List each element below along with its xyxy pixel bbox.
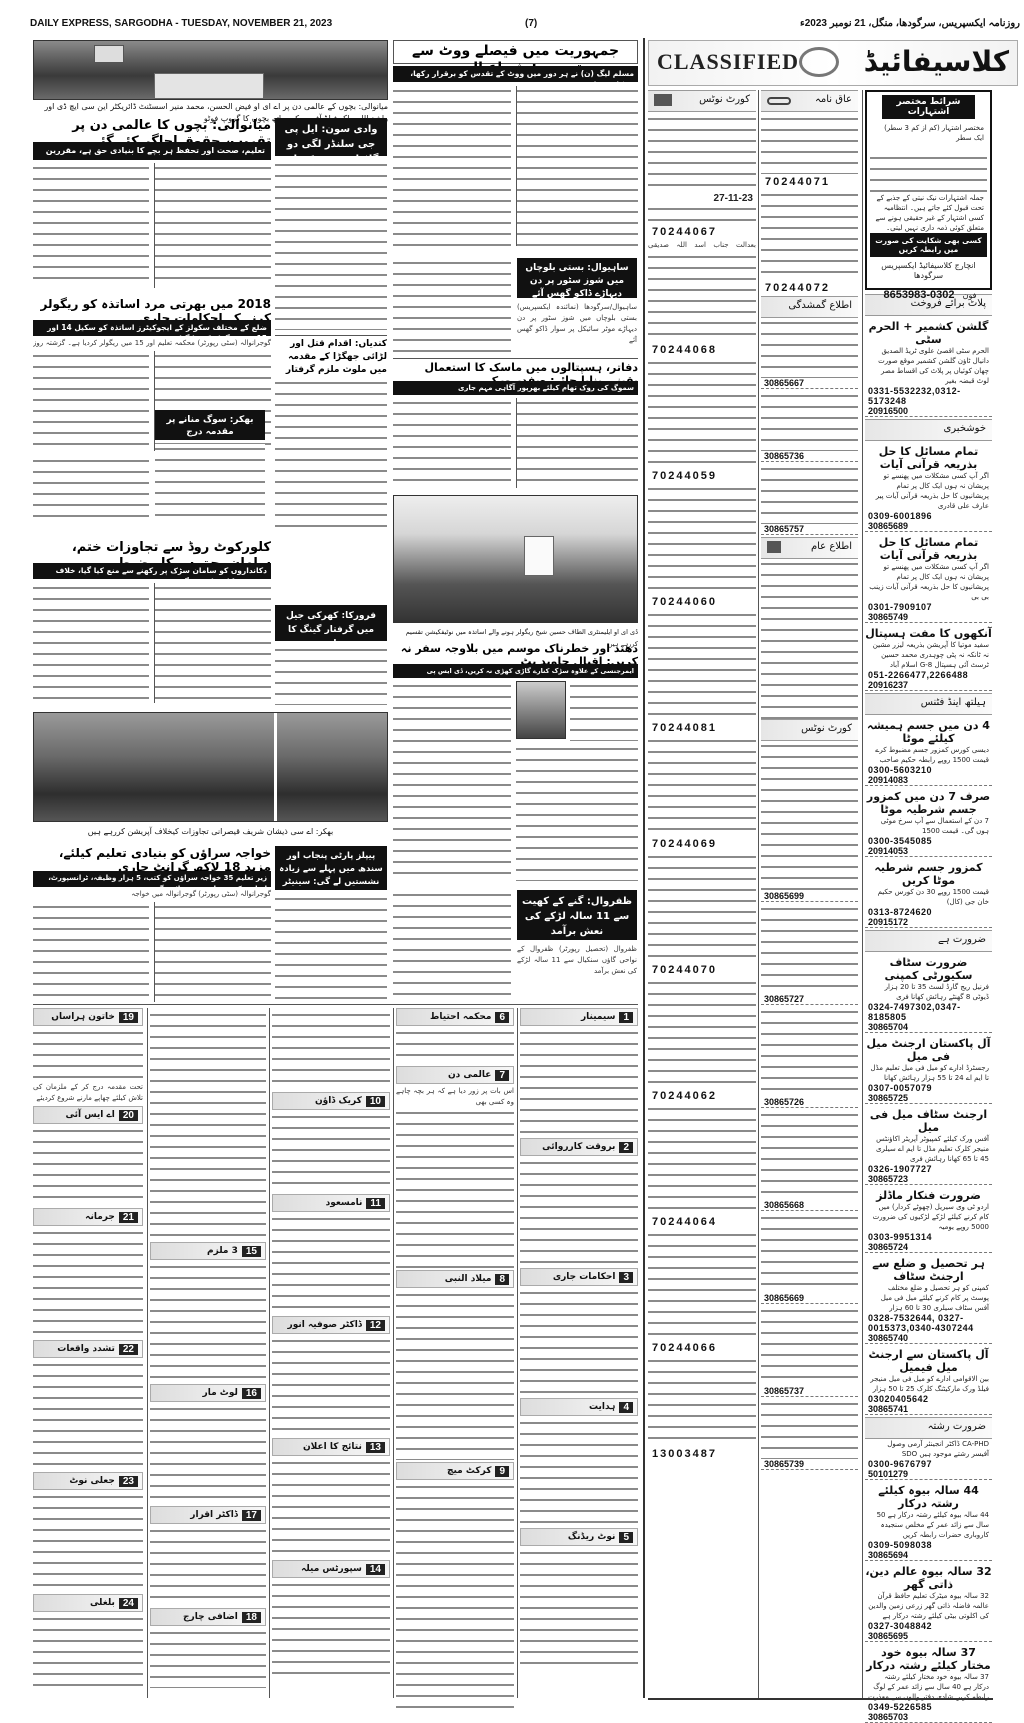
brief-header-3: 3احکامات جاری [520,1268,638,1286]
column-rule [147,1008,148,1698]
notice-body [648,252,756,342]
story-fog-headline: دھند اور خطرناک موسم میں بلاوجہ سفر نہ ک… [393,642,638,662]
brief-header-22: 22تشدد واقعات [33,1340,143,1358]
story-fog-subhead: ایمرجنسی کے علاوہ سڑک کنارے گاڑی کھڑی نہ… [393,664,638,678]
ad-code: 30865668 [761,1200,858,1211]
notice-code: 70244069 [648,836,756,852]
notice-body [648,852,756,962]
briefs-column-3: 10کریک ڈاؤن 11نامسعود 12ڈاکٹر صوفیہ انور… [272,1008,390,1698]
ad-phone: 0326-1907727 [865,1164,992,1174]
notice-code: 70244062 [648,1088,756,1104]
ad-code: 30865667 [761,378,858,389]
classified-banner: CLASSIFIED کلاسیفائیڈ [648,40,1018,86]
marriage-proposals-header: ضرورت رشتہ [865,1417,992,1439]
story-transgender-education-headline: خواجہ سراؤں کو بنیادی تعلیم کیلئے، مزید … [33,846,271,868]
notice-code: 13003487 [648,1446,756,1462]
ad-phone: 0324-7497302,0347-8185805 [865,1002,992,1022]
notice-code: 70244070 [648,962,756,978]
sidebar-bhakkar-body [155,444,265,520]
chain-icon [767,97,791,105]
ad-phone: 0327-3048842 [865,1621,992,1631]
notice-code: 70244068 [648,342,756,358]
classified-title-english: CLASSIFIED [657,49,799,75]
notice-body [648,1230,756,1340]
notice-body [648,358,756,468]
notice-body [648,736,756,836]
story-mianwali-body-col2 [154,163,271,288]
story-transgender-body-col2 [154,902,271,1002]
sidebar-kandiyan-headline: کندیاں: اقدام قتل اور لڑائی جھگڑا کے مقد… [275,335,387,375]
briefs-column-4: 6محکمہ احتیاط 7عالمی دن اس بات پر زور دی… [396,1008,514,1698]
sidebar-wadi-soon-headline: وادی سون: ایل پی جی سلنڈر لگی دو گاڑیاں … [275,118,387,156]
notice-code: 70244067 [648,224,756,240]
brief-body-16 [150,1404,266,1504]
story-zafarwal-headline: ظفروال: گنے کے کھیت سے 11 سالہ لڑکے کی ن… [517,890,637,940]
briefs-column-2: 153 ملزم 16لوٹ مار 17ڈاکٹر اقرار 18اضافی… [150,1008,266,1698]
brief-body-2 [520,1158,638,1266]
ad-code: 30865694 [865,1550,992,1561]
brief-header-21: 21جرمانہ [33,1208,143,1226]
good-news-header: خوشخبری [865,419,992,441]
notice-body [761,1007,858,1097]
ad-body: آفس ورک کیلئے کمپیوٹر آپریٹر اکاؤنٹس منی… [865,1134,992,1164]
brief-header-15: 153 ملزم [150,1242,266,1260]
briefs-column-5: 1سیمینار 2بروقت کارروائی 3احکامات جاری 4… [520,1008,638,1698]
ad-title: 4 دن میں جسم ہمیشہ کیلئے موٹا [865,719,992,745]
ad-code: 30865669 [761,1293,858,1304]
story-regularize-headline: 2018 میں بھرتی مرد اساتذہ کو ریگولر کرنے… [33,297,271,317]
wanted-header: ضرورت ہے [865,930,992,952]
story-transgender-education-byline: گوجرانوالہ (سٹی رپورٹر) گوجرانوالہ میں خ… [33,889,271,900]
story-misc-body [33,456,149,521]
brief-header-20: 20اے ایس آئی [33,1106,143,1124]
brief-header-6: 6محکمہ احتیاط [396,1008,514,1026]
group-photo-students [33,40,388,100]
ad-code: 30865741 [865,1404,992,1415]
ad-code: 30865699 [761,891,858,902]
megaphone-icon [767,541,781,553]
ad-title: تمام مسائل کا حل بذریعہ قرآنی آیات [865,445,992,471]
ad-body: 7 دن کے استعمال سے آپ سرخ موٹی ہوں گی۔ ق… [865,816,992,836]
missing-notice-header: اطلاع گمشدگی [761,296,858,318]
brief-body-22 [33,1360,143,1470]
sidebar-kandiyan-body [275,378,387,528]
brief-header-1: 1سیمینار [520,1008,638,1026]
notice-body [761,1110,858,1200]
masthead-english: DAILY EXPRESS, SARGODHA - TUESDAY, NOVEM… [30,18,332,29]
sidebar-bhakkar-headline: بھکر: سوگ منانے پر مقدمہ درج [155,410,265,440]
ad-body: سفید موتیا کا آپریشن بذریعہ لیزر مشین نہ… [865,640,992,670]
lead-democracy-subhead: مسلم لیگ (ن) نے ہر دور میں ووٹ کے تقدس ک… [393,66,638,82]
brief-header-4: 4ہدایت [520,1398,638,1416]
ad-phone: 0301-7909107 [865,602,992,612]
brief-body-7: اس بات پر زور دیا ہے کہ ہر بچہ چاہے وہ ک… [396,1086,514,1106]
ad-code: 50101279 [865,1469,992,1480]
ad-code: 30865737 [761,1386,858,1397]
brief-header-18: 18اضافی چارج [150,1608,266,1626]
ad-code: 30865723 [865,1174,992,1185]
briefs-divider [33,1004,638,1005]
notice-body [648,978,756,1088]
story-transgender-body-col1 [33,902,149,1002]
brief-body-13 [272,1458,390,1558]
ad-code: 30865703 [865,1712,992,1723]
notice-body [648,1356,756,1446]
notice-code: 70244066 [648,1340,756,1356]
brief-header-16: 16لوٹ مار [150,1384,266,1402]
incharge-label: انچارج کلاسیفائیڈ ایکسپریس سرگودھا [870,261,987,281]
story-sahiwal-byline: ساہیوال/سرگودھا (نمائندہ ایکسپریس) بستی … [517,302,637,348]
page-number: (7) [525,18,537,29]
section-rule [643,38,645,1698]
ad-body: فرنیل ریج گارڈ لسٹ 35 تا 20 ہزار ڈیوٹی 8… [865,982,992,1002]
ad-code: 30865704 [865,1022,992,1033]
rules-body [870,153,987,193]
ad-title: ضرورت سٹاف سکیورٹی کمپنی [865,956,992,982]
ad-code: 20916500 [865,406,992,417]
ad-body: کمپنی کو ہر تحصیل و ضلع مختلف پوسٹ پر کا… [865,1283,992,1313]
page-masthead: DAILY EXPRESS, SARGODHA - TUESDAY, NOVEM… [30,18,1020,34]
ad-code: 30865757 [761,524,858,535]
ad-phone: 051-2266477,2266488 [865,670,992,680]
brief-header-24: 24بلغلی [33,1594,143,1612]
notice-code: 70244064 [648,1214,756,1230]
ad-body: دیسی کورس کمزور جسم مضبوط کرے قیمت 1500 … [865,745,992,765]
column-rule [269,1008,270,1698]
brief-header-5: 5نوٹ ریڈنگ [520,1528,638,1546]
ad-title: 32 سالہ بیوہ عالم دین، ذاتی گھر [865,1565,992,1591]
brief-body-20 [33,1126,143,1206]
ad-code: 30865689 [865,521,992,532]
brief-body-1 [520,1028,638,1136]
notice-body [648,204,756,224]
story-kalurkot-headline: کلورکوٹ روڈ سے تجاوزات ختم، سامان بحق سر… [33,540,271,560]
brief-body-17 [150,1526,266,1606]
brief-body-10 [272,1112,390,1192]
notice-body [761,318,858,378]
ad-code: 30865740 [865,1333,992,1344]
classified-column-ads: شرائط مختصر اشتہارات مختصر اشتہار (کم از… [862,90,992,1700]
brief-header-7: 7عالمی دن [396,1066,514,1084]
notice-body [761,1306,858,1386]
story-zafarwal-byline: ظفروال (تحصیل رپورٹر) ظفروال کے نواحی گا… [517,944,637,1002]
photo-divider [274,713,277,822]
story-mask-usage-body-col1 [393,398,511,488]
bottom-photo-caption: بھکر: اے سی ذیشان شریف قیصرانی تجاوزات ک… [33,826,388,840]
rules-title: شرائط مختصر اشتہارات [882,95,975,119]
ad-body: CA-PHD ڈاکٹر انجینئر آرمی وصول آفیسر رشت… [865,1439,992,1459]
story-mianwali-headline: میانوالی: بچوں کا عالمی دن پر تقریب، حقو… [33,118,271,140]
brief-body-14 [272,1580,390,1680]
dsp-portrait-photo [516,681,566,739]
notice-code: 70244060 [648,594,756,610]
sidebar-ppp-body [275,894,387,1002]
notice-body [761,464,858,524]
classified-bottom-rule [648,1698,993,1700]
center-photo-caption: ڈی ای او ایلیمنٹری الطاف حسین شیخ ریگولر… [393,626,638,638]
story-kalurkot-subhead: دکانداروں کو سامان سڑک پر رکھنے سے منع ک… [33,563,271,579]
brief-header-14: 14سپورٹس میلہ [272,1560,390,1578]
lead-democracy-body-col2 [516,86,638,246]
notice-body [761,559,858,719]
ad-code: 30865724 [865,1242,992,1253]
ad-code: 30865725 [865,1093,992,1104]
magnifier-icon [799,47,839,77]
notice-body [761,190,858,280]
notification-handover-photo [393,495,638,623]
notice-body [761,741,858,891]
rules-box: شرائط مختصر اشتہارات مختصر اشتہار (کم از… [865,90,992,290]
story-misc-center-body-2 [393,890,511,1002]
story-regularize-body-col1 [33,351,149,451]
brief-body-12 [272,1336,390,1436]
ad-phone: 0328-7532644, 0327-0015373,0340-4307244 [865,1313,992,1333]
health-fitness-header: ہیلتھ اینڈ فٹنس [865,693,992,715]
brief-body-4 [520,1418,638,1526]
ad-phone: 03020405642 [865,1394,992,1404]
sidebar-wadi-soon-body [275,160,387,330]
ad-phone: 0331-5532232,0312-5173248 [865,386,992,406]
ad-phone: 0307-0057079 [865,1083,992,1093]
notice-body [648,484,756,594]
brief-body-11 [272,1214,390,1314]
hearing-date: 27-11-23 [648,194,756,204]
ad-body: قیمت 1500 روپے 30 دن کورس حکیم خان جی (ک… [865,887,992,907]
notice-code: 70244059 [648,468,756,484]
story-sahiwal-headline: ساہیوال: بستی بلوچاں میں شوز سٹور پر دن … [517,258,637,298]
court-notice-header: کورٹ نوٹس [648,90,756,112]
brief-header-23: 23جعلی نوٹ [33,1472,143,1490]
ad-code: 30865739 [761,1459,858,1470]
ad-body: اگر آپ کسی مشکلات میں پھنسے تو پریشان نہ… [865,471,992,511]
classified-column-notices: عاق نامہ 70244071 70244072 اطلاع گمشدگی … [758,90,858,1700]
ad-title: گلشن کشمیر + الحرم سٹی [865,320,992,346]
ad-phone: 0300-9676797 [865,1459,992,1469]
ad-code: 30865749 [865,612,992,623]
brief-body-24 [33,1614,143,1694]
brief-header-12: 12ڈاکٹر صوفیہ انور [272,1316,390,1334]
ad-body: الحرم سٹی اقصیٰ علوی ٹریڈ الصدیق دانیال … [865,346,992,386]
ad-code: 30865726 [761,1097,858,1108]
notice-intro: بعدالت جناب اسد اللہ صدیقی صاحب سینئر سو… [648,240,756,252]
ad-title: آل پاکستان ارجنٹ میل فی میل [865,1037,992,1063]
ad-title: صرف 7 دن میں کمزور جسم شرطیہ موٹا [865,790,992,816]
brief-body-7b [396,1108,514,1268]
sidebar-jail-headline: فرورکا: کھرکی جیل میں گرفتار گینگ کا خات… [275,605,387,641]
ad-title: آنکھوں کا مفت ہسپتال [865,627,992,640]
ad-phone: 0303-9951314 [865,1232,992,1242]
notice-body [761,1399,858,1459]
brief-body-19 [33,1028,143,1080]
ad-title: آل پاکستان سے ارجنٹ میل فیمیل [865,1348,992,1374]
brief-header-17: 17ڈاکٹر اقرار [150,1506,266,1524]
notice-body [761,114,858,174]
story-mask-usage-body-col2 [516,398,638,488]
ad-title: ضرورت فنکار ماڈلز [865,1189,992,1202]
ad-title: 37 سالہ بیوہ خود مختار کیلئے رشتہ درکار [865,1646,992,1672]
ad-phone: 0309-6001896 [865,511,992,521]
ad-title: 44 سالہ بیوہ کیلئے رشتہ درکار [865,1484,992,1510]
ad-body: 44 سالہ بیوہ کیلئے رشتہ درکار ہے 50 سال … [865,1510,992,1540]
ad-title: تمام مسائل کا حل بذریعہ قرآنی آیات [865,536,992,562]
ad-code: 30865695 [865,1631,992,1642]
ad-body: بین الاقوامی ادارے کو میل فی میل منیجر ف… [865,1374,992,1394]
ad-code: 30865727 [761,994,858,1005]
ad-code: 20916237 [865,680,992,691]
brief-body-5 [520,1548,638,1668]
disinherit-header: عاق نامہ [761,90,858,112]
ad-phone: 0300-3545085 [865,836,992,846]
column-rule [517,1008,518,1698]
ad-code: 30865736 [761,451,858,462]
story-kalurkot-body-col2 [154,583,271,703]
story-mask-usage-headline: دفاتر، ہسپتالوں میں ماسک کا استعمال یقین… [393,358,638,378]
notice-code: 70244081 [648,720,756,736]
general-notice-header: اطلاع عام [761,537,858,559]
brief-body-misc [272,1010,390,1090]
brief-body-3 [520,1288,638,1396]
brief-header-11: 11نامسعود [272,1194,390,1212]
story-mianwali-subhead: تعلیم، صحت اور تحفظ ہر بچے کا بنیادی حق … [33,142,271,160]
notice-body [761,391,858,451]
story-fog-body-col2 [570,681,638,741]
notice-body [648,1104,756,1214]
lead-democracy-headline: جمہوریت میں فیصلے ووٹ سے ہوتے ہیں: شجاع … [393,40,638,64]
ad-body: اردو ٹی وی سیریل (چھوٹے کردار) میں کام ک… [865,1202,992,1232]
brief-header-13: 13نتائج کا اعلان [272,1438,390,1456]
top-photo-caption: میانوالی: بچوں کے عالمی دن پر اے ای او ف… [33,101,388,115]
ad-phone: 0309-5098038 [865,1540,992,1550]
notice-body [648,114,756,194]
ad-phone: 0313-8724620 [865,907,992,917]
story-fog-body-col3 [516,744,638,881]
story-regularize-byline: گوجرانوالہ (سٹی رپورٹر) محکمہ تعلیم اور … [33,338,271,349]
brief-header-10: 10کریک ڈاؤن [272,1092,390,1110]
brief-body-18 [150,1628,266,1688]
classified-column-court-notices: کورٹ نوٹس 27-11-23 70244067 بعدالت جناب … [648,90,756,1700]
column-rule [393,1008,394,1698]
certificate-in-photo [524,536,554,576]
lead-democracy-body-col1 [393,86,511,246]
brief-body-6 [396,1028,514,1064]
ad-body: اگر آپ کسی مشکلات میں پھنسے تو پریشان نہ… [865,562,992,602]
ad-title: کمزور جسم شرطیہ موٹا کریں [865,861,992,887]
ad-code: 20914083 [865,775,992,786]
brief-body-19b: تحت مقدمہ درج کر کے ملزمان کی تلاش کیلئے… [33,1082,143,1104]
notice-body [761,904,858,994]
ad-body: رجسٹرڈ ادارے کو میل فی میل تعلیم مڈل تا … [865,1063,992,1083]
brief-header-2: 2بروقت کارروائی [520,1138,638,1156]
notice-code: 70244071 [761,174,858,190]
notice-body [761,1213,858,1293]
encroachment-operation-photo [33,712,388,822]
ad-code: 20915172 [865,917,992,928]
ad-phone: 0349-5226585 [865,1702,992,1712]
brief-body-8 [396,1290,514,1460]
complaint-bar: کسی بھی شکایت کی صورت میں رابطہ کریں [870,233,987,257]
brief-body-23 [33,1492,143,1592]
banner-in-photo [154,73,264,99]
sidebar-ppp-headline: پیپلز پارٹی پنجاب اور سندھ میں پہلے سے ز… [275,846,387,890]
brief-body-misc2 [150,1010,266,1240]
notice-code: 70244072 [761,280,858,296]
story-mask-usage-subhead: سموگ کی روک تھام کیلئے بھرپور آگاہی مہم … [393,381,638,395]
story-regularize-subhead: ضلع کے مختلف سکولز کے ایجوکیٹرز اساتذہ ک… [33,320,271,336]
brief-body-9 [396,1482,514,1712]
ad-code: 20914053 [865,846,992,857]
story-kalurkot-body-col1 [33,583,149,703]
briefs-column-1: 19خاتون ہراساں تحت مقدمہ درج کر کے ملزما… [33,1008,143,1698]
notice-body [648,610,756,720]
sidebar-jail-body [275,645,387,705]
flag-icon [94,45,124,63]
ad-body: 32 سالہ بیوہ میٹرک تعلیم حافظ قرآن عالمہ… [865,1591,992,1621]
gavel-icon [654,94,672,106]
ad-phone: 0300-5603210 [865,765,992,775]
masthead-urdu: روزنامہ ایکسپریس، سرگودھا، منگل، 21 نومب… [800,18,1020,29]
story-transgender-education-subhead: زیر تعلیم 35 خواجہ سراؤں کو کتب، 5 ہزار … [33,871,271,887]
story-mianwali-body-col1 [33,163,149,288]
ad-title: ارجنٹ سٹاف میل فی میل [865,1108,992,1134]
story-fog-body-col1 [393,681,511,881]
rule-1: مختصر اشتہار (کم از کم 3 سطر) ایک سطر [870,123,987,153]
brief-body-15 [150,1262,266,1382]
brief-header-19: 19خاتون ہراساں [33,1008,143,1026]
classified-title-urdu: کلاسیفائیڈ [864,45,1009,78]
brief-body-21 [33,1228,143,1338]
brief-header-8: 8میلاد النبی [396,1270,514,1288]
story-misc-center-body [393,258,511,353]
rule-2: جملہ اشتہارات نیک نیتی کے جذبے کے تحت قب… [870,193,987,233]
court-notice-header-2: کورٹ نوٹس [761,719,858,741]
ad-title: ہر تحصیل و ضلع سے ارجنٹ سٹاف [865,1257,992,1283]
brief-header-9: 9کرکٹ میچ [396,1462,514,1480]
